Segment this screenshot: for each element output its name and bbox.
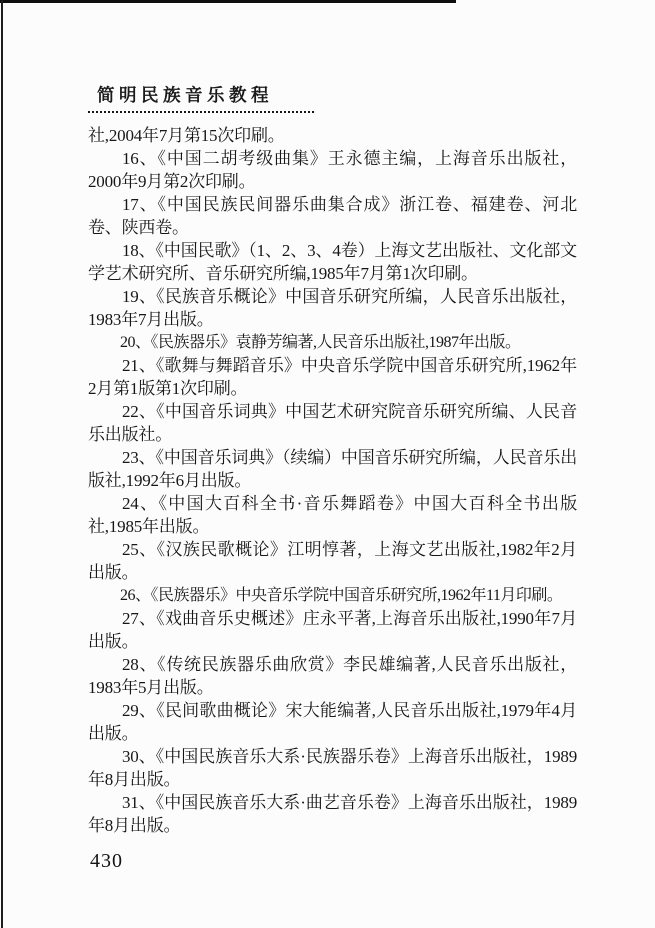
reference-item: 28、《传统民族器乐曲欣赏》李民雄编著,人民音乐出版社，1983年5月出版。 <box>88 653 577 699</box>
page-number: 430 <box>90 850 655 873</box>
reference-item: 25、《汉族民歌概论》江明惇著，上海文艺出版社,1982年2月出版。 <box>88 538 577 584</box>
reference-item: 19、《民族音乐概论》中国音乐研究所编，人民音乐出版社，1983年7月出版。 <box>88 285 577 331</box>
reference-item: 18、《中国民歌》（1、2、3、4卷）上海文艺出版社、文化部文学艺术研究所、音乐… <box>88 239 577 285</box>
reference-item: 24、《中国大百科全书·音乐舞蹈卷》中国大百科全书出版社,1985年出版。 <box>88 492 577 538</box>
scan-border-left <box>1 0 3 928</box>
book-title: 简明民族音乐教程 <box>97 82 316 107</box>
scanned-book-page: 简明民族音乐教程 社,2004年7月第15次印刷。 16、《中国二胡考级曲集》王… <box>0 0 655 928</box>
reference-item: 26、《民族器乐》中央音乐学院中国音乐研究所,1962年11月印刷。 <box>88 584 577 607</box>
scan-border-top <box>0 0 456 3</box>
reference-continuation: 社,2004年7月第15次印刷。 <box>88 124 577 147</box>
reference-item: 29、《民间歌曲概论》宋大能编著,人民音乐出版社,1979年4月出版。 <box>88 699 577 745</box>
reference-item: 27、《戏曲音乐史概述》庄永平著,上海音乐出版社,1990年7月出版。 <box>88 607 577 653</box>
running-header: 简明民族音乐教程 <box>88 0 316 113</box>
reference-item: 30、《中国民族音乐大系·民族器乐卷》上海音乐出版社，1989年8月出版。 <box>88 745 577 791</box>
reference-item: 16、《中国二胡考级曲集》王永德主编，上海音乐出版社，2000年9月第2次印刷。 <box>88 147 577 193</box>
references-list: 16、《中国二胡考级曲集》王永德主编，上海音乐出版社，2000年9月第2次印刷。… <box>88 147 577 837</box>
reference-item: 17、《中国民族民间器乐曲集合成》浙江卷、福建卷、河北卷、陕西卷。 <box>88 193 577 239</box>
header-dotted-rule <box>88 111 314 113</box>
reference-item: 31、《中国民族音乐大系·曲艺音乐卷》上海音乐出版社，1989年8月出版。 <box>88 791 577 837</box>
reference-item: 23、《中国音乐词典》（续编）中国音乐研究所编，人民音乐出版社,1992年6月出… <box>88 446 577 492</box>
references-section: 社,2004年7月第15次印刷。 16、《中国二胡考级曲集》王永德主编，上海音乐… <box>88 124 577 837</box>
reference-item: 22、《中国音乐词典》中国艺术研究院音乐研究所编、人民音乐出版社。 <box>88 400 577 446</box>
reference-item: 21、《歌舞与舞蹈音乐》中央音乐学院中国音乐研究所,1962年2月第1版第1次印… <box>88 354 577 400</box>
reference-item: 20、《民族器乐》袁静芳编著,人民音乐出版社,1987年出版。 <box>88 331 577 354</box>
